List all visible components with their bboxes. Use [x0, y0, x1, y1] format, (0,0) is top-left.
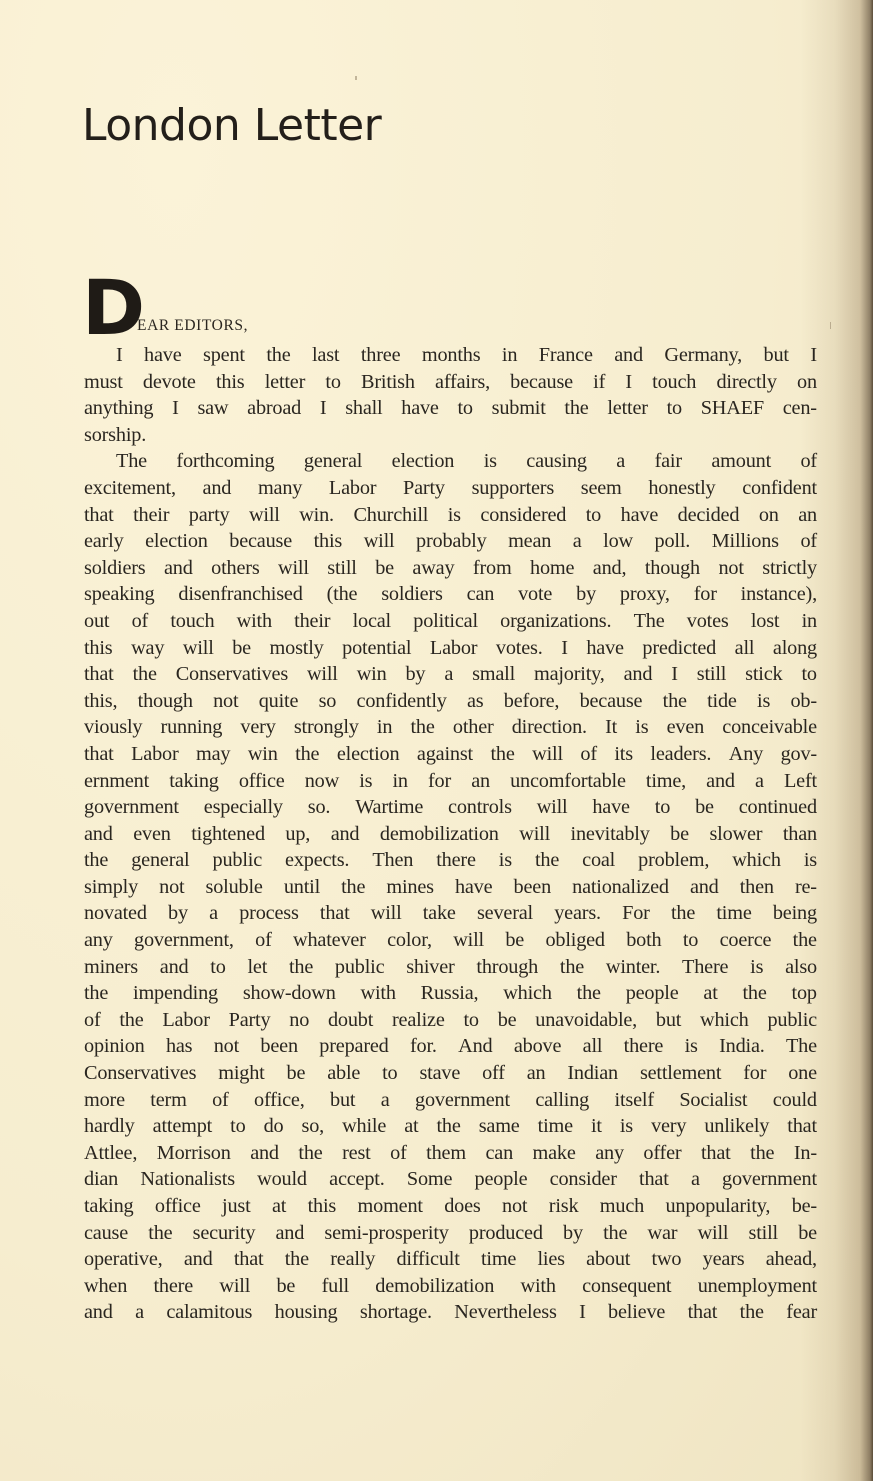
word: will: [183, 635, 214, 662]
word: and: [160, 954, 189, 981]
word: affairs,: [435, 369, 490, 396]
word: still: [327, 555, 356, 582]
word: shortage.: [360, 1299, 432, 1326]
word: demobilization: [375, 1273, 494, 1300]
word: in: [377, 714, 392, 741]
word: of: [212, 1087, 229, 1114]
word: and: [164, 555, 193, 582]
word: leaders.: [650, 741, 711, 768]
word: the: [289, 954, 313, 981]
word: probably: [416, 528, 487, 555]
word: ahead,: [766, 1246, 817, 1273]
word: mines: [386, 874, 433, 901]
word: this,: [84, 688, 117, 715]
word: time: [481, 1246, 516, 1273]
word: will: [519, 821, 550, 848]
word: will: [364, 528, 395, 555]
word: will: [453, 927, 484, 954]
word: votes.: [496, 635, 543, 662]
word: mostly: [270, 635, 324, 662]
word: until: [284, 874, 320, 901]
paper-speck: [355, 76, 357, 80]
word: be: [375, 555, 394, 582]
word: Attlee,: [84, 1140, 137, 1167]
text-line: whentherewillbefulldemobilizationwithcon…: [84, 1273, 817, 1300]
text-line: Attlee,Morrisonandtherestofthemcanmakean…: [84, 1140, 817, 1167]
word: for: [743, 1060, 766, 1087]
word: expects.: [285, 847, 349, 874]
word: and: [614, 342, 643, 369]
word: consequent: [582, 1273, 671, 1300]
word: and: [624, 661, 653, 688]
word: the: [603, 1220, 627, 1247]
word: the: [84, 847, 108, 874]
word: could: [773, 1087, 817, 1114]
text-line: novatedbyaprocessthatwilltakeseveralyear…: [84, 900, 817, 927]
word: as: [467, 688, 484, 715]
word: political: [413, 608, 478, 635]
word: is: [448, 502, 461, 529]
word: at: [404, 1113, 418, 1140]
word: strictly: [762, 555, 817, 582]
word: in: [392, 768, 407, 795]
word: the: [148, 1220, 172, 1247]
word: people: [626, 980, 679, 1007]
word: potential: [342, 635, 411, 662]
word: away: [412, 555, 454, 582]
word: Morrison: [157, 1140, 231, 1167]
word: Then: [372, 847, 413, 874]
word: simply: [84, 874, 138, 901]
word: unemployment: [698, 1273, 817, 1300]
word: this: [216, 369, 245, 396]
word: be: [505, 927, 524, 954]
word: really: [330, 1246, 375, 1273]
word: term: [150, 1087, 186, 1114]
word: confidently: [357, 688, 447, 715]
word: will: [371, 900, 402, 927]
word: above: [514, 1033, 561, 1060]
word: more: [84, 1087, 125, 1114]
word: that: [701, 1140, 731, 1167]
word: the: [411, 714, 435, 741]
word: Nationalists: [140, 1166, 235, 1193]
word: can: [485, 1140, 513, 1167]
word: I: [172, 395, 179, 422]
word: lost: [751, 608, 780, 635]
word: way: [131, 635, 164, 662]
word: the: [577, 980, 601, 1007]
word: devote: [143, 369, 196, 396]
word: has: [166, 1033, 192, 1060]
word: rest: [342, 1140, 370, 1167]
word: inevitably: [571, 821, 650, 848]
word: gov-: [781, 741, 817, 768]
word: difficult: [396, 1246, 459, 1273]
word: much: [600, 1193, 644, 1220]
word: any: [84, 927, 113, 954]
word: others: [211, 555, 259, 582]
word: the: [743, 980, 767, 1007]
word: office: [155, 1193, 201, 1220]
word: poll.: [655, 528, 691, 555]
text-line: theimpendingshow-downwithRussia,whichthe…: [84, 980, 817, 1007]
word: win: [357, 661, 387, 688]
word: tide: [707, 688, 737, 715]
word: Churchill: [353, 502, 428, 529]
word: and: [203, 475, 232, 502]
word: coal: [582, 847, 615, 874]
word: unlikely: [704, 1113, 769, 1140]
word: their: [294, 608, 330, 635]
document-page: London Letter D EAR EDITORS, Ihavespentt…: [0, 0, 873, 1481]
word: votes: [687, 608, 729, 635]
word: but: [330, 1087, 355, 1114]
text-line: thattheConservativeswillwinbyasmallmajor…: [84, 661, 817, 688]
text-line: viouslyrunningverystronglyintheotherdire…: [84, 714, 817, 741]
word: demobilization: [380, 821, 499, 848]
word: by: [168, 900, 188, 927]
word: time: [538, 1113, 573, 1140]
word: that: [787, 1113, 817, 1140]
word: government: [415, 1087, 510, 1114]
letter-body: IhavespentthelastthreemonthsinFranceandG…: [84, 342, 817, 1326]
word: operative,: [84, 1246, 163, 1273]
word: do: [264, 1113, 284, 1140]
word: the: [285, 1246, 309, 1273]
text-line: ernmenttakingofficenowisinforanuncomfort…: [84, 768, 817, 795]
word: win.: [299, 502, 334, 529]
word: which: [503, 980, 552, 1007]
word: I: [579, 1299, 586, 1326]
word: to: [667, 395, 682, 422]
word: There: [682, 954, 728, 981]
text-line: thiswaywillbemostlypotentialLaborvotes.I…: [84, 635, 817, 662]
word: soldiers: [84, 555, 146, 582]
word: obliged: [545, 927, 604, 954]
word: a: [616, 448, 625, 475]
word: novated: [84, 900, 147, 927]
word: instance),: [741, 581, 817, 608]
word: months: [422, 342, 481, 369]
word: fair: [655, 448, 682, 475]
word: attempt: [153, 1113, 212, 1140]
word: shall: [345, 395, 382, 422]
word: soldiers: [381, 581, 443, 608]
word: The: [634, 608, 665, 635]
word: must: [84, 369, 123, 396]
word: the: [266, 342, 290, 369]
word: decided: [678, 502, 740, 529]
word: will: [537, 794, 568, 821]
word: soluble: [206, 874, 263, 901]
word: for: [694, 581, 717, 608]
word: that: [84, 741, 114, 768]
word: because: [510, 369, 573, 396]
word: early: [84, 528, 124, 555]
text-line: thattheirpartywillwin.Churchillisconside…: [84, 502, 817, 529]
word: the: [793, 927, 817, 954]
text-line: moretermofoffice,butagovernmentcallingit…: [84, 1087, 817, 1114]
word: taking: [84, 1193, 134, 1220]
word: color,: [387, 927, 432, 954]
word: Labor: [329, 475, 376, 502]
word: all: [735, 635, 755, 662]
salutation-text: EAR EDITORS,: [137, 317, 248, 334]
word: election: [145, 528, 208, 555]
word: touch: [170, 608, 214, 635]
word: dian: [84, 1166, 118, 1193]
word: supporters: [472, 475, 555, 502]
word: forthcoming: [176, 448, 274, 475]
word: let: [247, 954, 267, 981]
word: letter: [265, 369, 305, 396]
word: office: [239, 768, 285, 795]
word: Russia,: [421, 980, 479, 1007]
word: three: [361, 342, 401, 369]
word: though: [645, 555, 700, 582]
word: and,: [593, 555, 627, 582]
text-line: andacalamitoushousingshortage.Neverthele…: [84, 1299, 817, 1326]
page-title: London Letter: [82, 104, 381, 148]
word: accept.: [329, 1166, 384, 1193]
word: even: [667, 714, 705, 741]
word: on: [759, 502, 779, 529]
word: would: [257, 1166, 307, 1193]
word: produced: [469, 1220, 543, 1247]
word: India.: [719, 1033, 765, 1060]
word: the: [133, 661, 157, 688]
word: will: [219, 1273, 250, 1300]
word: a: [135, 1299, 144, 1326]
text-line: IhavespentthelastthreemonthsinFranceandG…: [84, 342, 817, 369]
text-line: simplynotsolubleuntilthemineshavebeennat…: [84, 874, 817, 901]
word: win: [248, 741, 278, 768]
word: show-down: [243, 980, 336, 1007]
word: the: [119, 1007, 143, 1034]
word: cause: [84, 1220, 128, 1247]
word: to: [458, 395, 473, 422]
word: very: [651, 1113, 686, 1140]
word: and: [690, 874, 719, 901]
word: its: [614, 741, 633, 768]
word: up,: [285, 821, 310, 848]
word: to: [463, 1007, 478, 1034]
salutation: EAR EDITORS,: [137, 318, 248, 334]
word: so.: [308, 794, 331, 821]
word: an: [471, 768, 490, 795]
word: but: [764, 342, 789, 369]
word: just: [222, 1193, 251, 1220]
text-line: governmentespeciallyso.Wartimecontrolswi…: [84, 794, 817, 821]
word: of: [84, 1007, 101, 1034]
word: then: [740, 874, 774, 901]
word: taking: [169, 768, 219, 795]
word: any: [595, 1140, 624, 1167]
word: that: [84, 502, 114, 529]
word: is: [359, 768, 372, 795]
word: letter: [607, 395, 647, 422]
word: of: [390, 1140, 407, 1167]
word: election: [392, 448, 455, 475]
word: will: [278, 555, 309, 582]
word: have: [621, 502, 659, 529]
word: that: [688, 1299, 718, 1326]
word: local: [353, 608, 391, 635]
word: two: [652, 1246, 682, 1273]
word: them: [426, 1140, 466, 1167]
word: settlement: [640, 1060, 721, 1087]
word: coerce: [720, 927, 772, 954]
word: there: [153, 1273, 193, 1300]
word: speaking: [84, 581, 155, 608]
word: a: [381, 1087, 390, 1114]
word: Labor: [131, 741, 178, 768]
word: and: [184, 1246, 213, 1273]
text-line: soldiersandotherswillstillbeawayfromhome…: [84, 555, 817, 582]
word: quite: [259, 688, 299, 715]
text-line: speakingdisenfranchised(thesoldierscanvo…: [84, 581, 817, 608]
word: lies: [538, 1246, 565, 1273]
text-line: opinionhasnotbeenpreparedfor.Andaboveall…: [84, 1033, 817, 1060]
word: calling: [535, 1087, 589, 1114]
word: For: [622, 900, 650, 927]
word: in: [502, 342, 517, 369]
word: with: [521, 1273, 556, 1300]
word: ob-: [790, 688, 816, 715]
text-line: ConservativesmightbeabletostaveoffanIndi…: [84, 1060, 817, 1087]
word: saw: [197, 395, 228, 422]
word: last: [312, 342, 339, 369]
word: a: [444, 661, 453, 688]
word: the: [84, 980, 108, 1007]
word: be: [695, 794, 714, 821]
word: might: [218, 1060, 264, 1087]
word: low: [603, 528, 633, 555]
word: will: [698, 1220, 729, 1247]
word: be: [276, 1273, 295, 1300]
word: time: [716, 900, 751, 927]
word: at: [703, 980, 717, 1007]
word: party: [189, 502, 230, 529]
word: been: [260, 1033, 298, 1060]
word: Party: [229, 1007, 271, 1034]
word: honestly: [648, 475, 715, 502]
word: the: [437, 1113, 461, 1140]
word: the: [295, 741, 319, 768]
word: by: [576, 581, 596, 608]
word: I: [116, 342, 123, 369]
word: majority,: [534, 661, 605, 688]
word: It: [605, 714, 617, 741]
word: problem,: [638, 847, 709, 874]
word: from: [473, 555, 512, 582]
word: it: [591, 1113, 602, 1140]
word: to: [801, 661, 816, 688]
word: touch: [652, 369, 696, 396]
word: security: [193, 1220, 256, 1247]
word: Some: [407, 1166, 452, 1193]
word: and: [84, 1299, 113, 1326]
word: an: [527, 1060, 546, 1087]
word: to: [655, 794, 670, 821]
word: that: [84, 661, 114, 688]
word: and: [84, 821, 113, 848]
word: people: [475, 1166, 528, 1193]
word: SHAEF: [701, 395, 764, 422]
word: to: [210, 954, 225, 981]
word: and: [250, 1140, 279, 1167]
word: may: [196, 741, 230, 768]
text-line: hardlyattempttodoso,whileatthesametimeit…: [84, 1113, 817, 1140]
word: by: [563, 1220, 583, 1247]
word: British: [361, 369, 415, 396]
word: confident: [742, 475, 817, 502]
word: not: [159, 874, 184, 901]
word: home: [530, 555, 574, 582]
word: been: [514, 874, 552, 901]
word: have: [144, 342, 182, 369]
word: if: [593, 369, 605, 396]
word: full: [322, 1273, 349, 1300]
word: the: [298, 1140, 322, 1167]
word: public: [767, 1007, 817, 1034]
word: to: [586, 502, 601, 529]
word: which: [700, 1007, 749, 1034]
word: that: [234, 1246, 264, 1273]
word: be-: [792, 1193, 817, 1220]
word: still: [697, 661, 726, 688]
word: the: [564, 395, 588, 422]
word: general: [304, 448, 362, 475]
word: vote: [518, 581, 552, 608]
word: offer: [643, 1140, 681, 1167]
word: public: [213, 847, 263, 874]
word: through: [476, 954, 538, 981]
word: excitement,: [84, 475, 176, 502]
word: there: [436, 847, 476, 874]
word: office,: [254, 1087, 305, 1114]
word: hardly: [84, 1113, 135, 1140]
text-line: dianNationalistswouldaccept.Somepeopleco…: [84, 1166, 817, 1193]
word: of: [255, 927, 272, 954]
word: cen-: [783, 395, 817, 422]
word: even: [133, 821, 171, 848]
word: the: [671, 900, 695, 927]
word: to: [230, 1113, 245, 1140]
word: Conservatives: [84, 1060, 196, 1087]
word: I: [671, 661, 678, 688]
word: government,: [134, 927, 234, 954]
word: will: [307, 661, 338, 688]
text-line: anythingIsawabroadIshallhavetosubmitthel…: [84, 395, 817, 422]
word: public: [335, 954, 385, 981]
word: top: [792, 980, 817, 1007]
word: semi-prosperity: [324, 1220, 448, 1247]
word: at: [272, 1193, 286, 1220]
word: Labor: [162, 1007, 209, 1034]
word: now: [305, 768, 339, 795]
word: causing: [526, 448, 587, 475]
word: unavoidable,: [535, 1007, 637, 1034]
word: have: [455, 874, 493, 901]
word: is: [499, 847, 512, 874]
word: have: [586, 635, 624, 662]
word: of: [580, 741, 597, 768]
word: all: [583, 1033, 603, 1060]
word: Millions: [712, 528, 779, 555]
text-line: this,thoughnotquitesoconfidentlyasbefore…: [84, 688, 817, 715]
